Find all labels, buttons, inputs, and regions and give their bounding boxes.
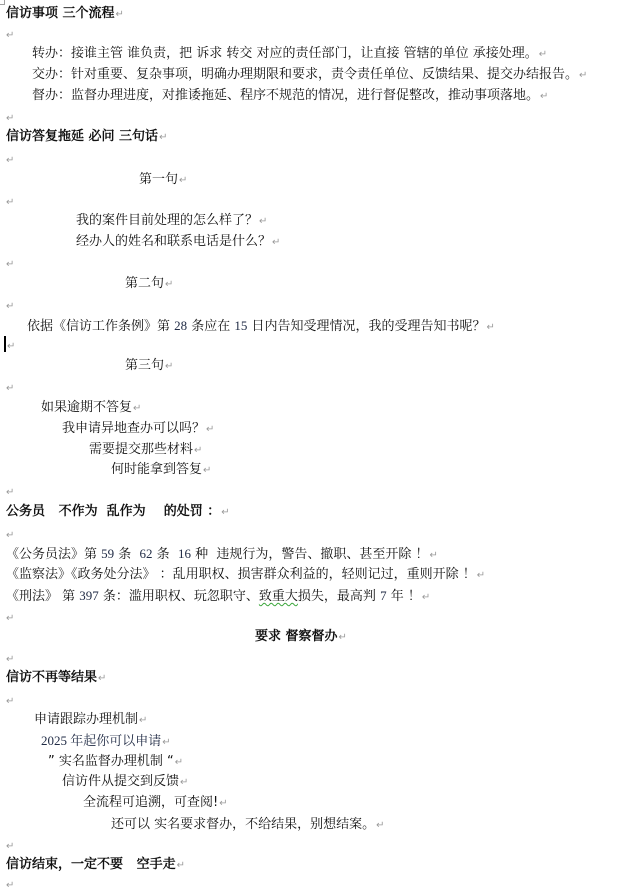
page-corner-marker — [0, 0, 5, 5]
paragraph-mark-icon: ↵ — [6, 530, 14, 542]
question-line[interactable]: 需要提交那些材料↵ — [89, 442, 202, 458]
paragraph-mark-icon: ↵ — [6, 197, 14, 209]
paragraph-mark-icon: ↵ — [6, 259, 14, 271]
law-line-supervision[interactable]: 《监察法》《政务处分法》 ：乱用职权、损害群众利益的，轻则记过，重则开除 ！↵ — [6, 567, 485, 583]
paragraph-mark-icon: ↵ — [6, 487, 14, 499]
paragraph-mark-icon: ↵ — [6, 113, 14, 125]
question-line[interactable]: 我的案件目前处理的怎么样了？↵ — [76, 213, 267, 229]
paragraph-mark-icon: ↵ — [221, 507, 229, 518]
paragraph-mark-icon: ↵ — [165, 279, 173, 290]
paragraph-mark-icon: ↵ — [162, 737, 170, 748]
paragraph-mark-icon: ↵ — [422, 592, 430, 603]
paragraph-mark-icon: ↵ — [272, 237, 280, 248]
process-item-transfer[interactable]: 转办：接谁主管 谁负责，把 诉求 转交 对应的责任部门，让直接 管辖的单位 承接… — [32, 46, 547, 62]
paragraph-mark-icon: ↵ — [6, 880, 14, 890]
mechanism-line[interactable]: ” 实名监督办理机制 “↵ — [48, 754, 183, 770]
question-label-second[interactable]: 第二句↵ — [125, 276, 173, 292]
paragraph-mark-icon: ↵ — [139, 715, 147, 726]
paragraph-mark-icon: ↵ — [219, 798, 227, 809]
question-line[interactable]: 经办人的姓名和联系电话是什么？↵ — [76, 234, 280, 250]
paragraph-mark-icon: ↵ — [6, 613, 14, 625]
section-heading-no-waiting[interactable]: 信访不再等结果↵ — [6, 670, 106, 686]
paragraph-mark-icon: ↵ — [540, 91, 548, 102]
mechanism-line[interactable]: 信访件从提交到反馈↵ — [62, 774, 188, 790]
paragraph-mark-icon: ↵ — [477, 570, 485, 581]
section-heading-dont-leave-empty[interactable]: 信访结束，一定不要 空手走↵ — [6, 857, 185, 873]
process-item-supervise[interactable]: 督办：监督办理进度，对推诿拖延、程序不规范的情况，进行督促整改，推动事项落地。↵ — [32, 88, 548, 104]
paragraph-mark-icon: ↵ — [203, 465, 211, 476]
paragraph-mark-icon: ↵ — [194, 445, 202, 456]
paragraph-mark-icon: ↵ — [180, 777, 188, 788]
paragraph-mark-icon: ↵ — [429, 550, 437, 561]
paragraph-mark-icon: ↵ — [175, 757, 183, 768]
paragraph-mark-icon: ↵ — [116, 9, 124, 20]
paragraph-mark-icon: ↵ — [6, 654, 14, 666]
mechanism-line[interactable]: 全流程可追溯，可查阅!↵ — [83, 795, 228, 811]
paragraph-mark-icon: ↵ — [206, 424, 214, 435]
paragraph-mark-icon: ↵ — [6, 30, 14, 42]
section-heading-three-processes[interactable]: 信访事项 三个流程↵ — [6, 6, 124, 22]
question-line-regulation[interactable]: 依据《信访工作条例》第 28 条应在 15 日内告知受理情况，我的受理告知书呢？… — [27, 318, 495, 334]
paragraph-mark-icon: ↵ — [6, 155, 14, 167]
process-item-assign[interactable]: 交办：针对重要、复杂事项，明确办理期限和要求，责令责任单位、反馈结果、提交办结报… — [32, 67, 587, 83]
paragraph-mark-icon: ↵ — [165, 361, 173, 372]
paragraph-mark-icon: ↵ — [6, 696, 14, 708]
paragraph-mark-icon: ↵ — [177, 860, 185, 871]
law-line-civil-servant[interactable]: 《公务员法》第 59 条 62 条 16 种 违规行为，警告、撤职、甚至开除 ！… — [6, 546, 438, 562]
center-heading-supervision[interactable]: 要求 督察督办↵ — [255, 629, 347, 645]
paragraph-mark-icon: ↵ — [259, 216, 267, 227]
paragraph-mark-icon: ↵ — [179, 175, 187, 186]
section-heading-three-questions[interactable]: 信访答复拖延 必问 三句话↵ — [6, 129, 167, 145]
paragraph-mark-icon: ↵ — [339, 632, 347, 643]
question-line[interactable]: 何时能拿到答复↵ — [111, 462, 211, 478]
question-label-first[interactable]: 第一句↵ — [139, 172, 187, 188]
paragraph-mark-icon: ↵ — [6, 841, 14, 853]
question-label-third[interactable]: 第三句↵ — [125, 358, 173, 374]
spellcheck-squiggle: 致重大 — [259, 589, 298, 604]
paragraph-mark-icon: ↵ — [539, 49, 547, 60]
law-line-criminal[interactable]: 《刑法》 第 397 条：滥用职权、玩忽职守、致重大损失，最高判 7 年 ！↵ — [6, 588, 430, 604]
paragraph-mark-icon: ↵ — [7, 341, 15, 353]
paragraph-mark-icon: ↵ — [376, 820, 384, 831]
paragraph-mark-icon: ↵ — [579, 70, 587, 81]
paragraph-mark-icon: ↵ — [6, 383, 14, 395]
text-cursor — [4, 336, 6, 352]
mechanism-line[interactable]: 还可以 实名要求督办，不给结果，别想结案。↵ — [111, 817, 385, 833]
paragraph-mark-icon: ↵ — [98, 673, 106, 684]
question-line[interactable]: 如果逾期不答复↵ — [41, 400, 141, 416]
paragraph-mark-icon: ↵ — [133, 403, 141, 414]
paragraph-mark-icon: ↵ — [159, 132, 167, 143]
section-heading-penalties[interactable]: 公务员 不作为 乱作为 的处罚 ：↵ — [6, 504, 230, 520]
paragraph-mark-icon: ↵ — [487, 322, 495, 333]
question-line[interactable]: 我申请异地查办可以吗？↵ — [62, 421, 214, 437]
mechanism-line[interactable]: 申请跟踪办理机制↵ — [34, 712, 147, 728]
paragraph-mark-icon: ↵ — [6, 301, 14, 313]
mechanism-line[interactable]: 2025 年起你可以申请↵ — [41, 733, 171, 749]
